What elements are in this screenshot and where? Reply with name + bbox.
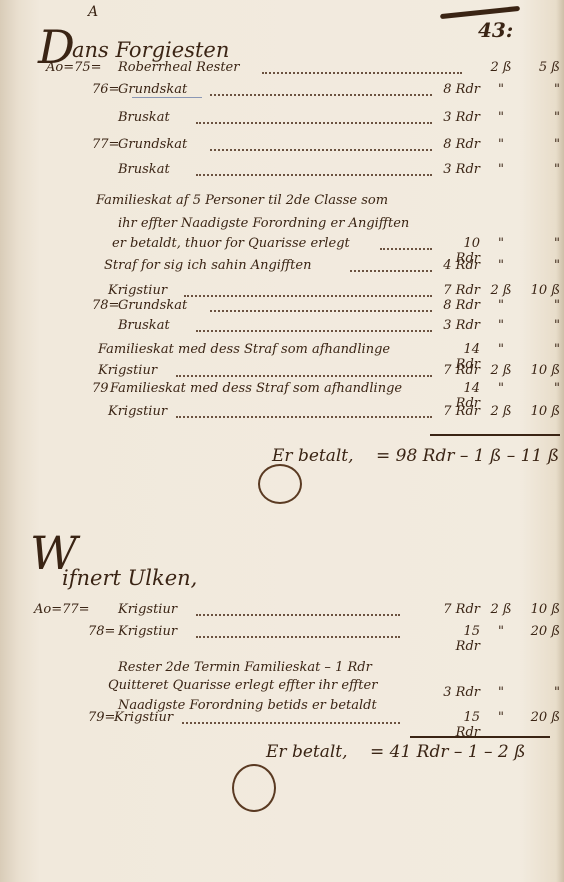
row-rigsdaler: 4 Rdr [440,258,480,273]
ledger-row: Bruskat 3 Rdr " " [0,110,564,130]
row-marks: 2 ß [484,283,518,298]
ledger-row: Krigstiur 7 Rdr 2 ß 10 ß [0,363,564,383]
row-marks: " [484,82,518,97]
row-rigsdaler: 7 Rdr [440,283,480,298]
row-marks: " [484,624,518,639]
leader-dots [196,174,432,176]
section1-total-label: Er betalt, [272,446,354,466]
leader-dots [196,122,432,124]
row-marks: " [484,236,518,251]
row-skilling: " [522,298,560,313]
row-skilling: 5 ß [522,60,560,75]
page-number: 43: [478,18,513,42]
row-rigsdaler: 7 Rdr [440,404,480,419]
row-skilling: " [522,685,560,700]
section2-total-value: = 41 Rdr – 1 – 2 ß [370,742,526,762]
row-marks: " [484,685,518,700]
section1-heading: ans Forgiesten [72,38,229,62]
row-year: 76= [92,82,119,97]
ledger-row: 76= Grundskat 8 Rdr " " [0,82,564,102]
section2-total-label: Er betalt, [266,742,348,762]
leader-dots [196,614,400,616]
leader-dots [182,722,400,724]
row-skilling: " [522,342,560,357]
ledger-row: Krigstiur 7 Rdr 2 ß 10 ß [0,404,564,424]
total-rule [410,736,550,738]
ledger-row: 77= Grundskat 8 Rdr " " [0,137,564,157]
ledger-row: 79= Krigstiur 15 Rdr " 20 ß [0,710,564,730]
ledger-row: 78= Krigstiur 15 Rdr " 20 ß [0,624,564,644]
row-skilling: " [522,162,560,177]
row-label: Familieskat med dess Straf som afhandlin… [110,381,402,396]
row-skilling: 10 ß [522,283,560,298]
row-marks: " [484,318,518,333]
row-marks: 2 ß [484,363,518,378]
row-marks: 2 ß [484,602,518,617]
row-skilling: " [522,258,560,273]
leader-dots [210,94,432,96]
row-skilling: 10 ß [522,602,560,617]
row-rigsdaler: 15 Rdr [440,624,480,654]
row-marks: " [484,137,518,152]
ledger-row: Familieskat med dess Straf som afhandlin… [0,342,564,362]
row-rigsdaler: 3 Rdr [440,110,480,125]
row-marks: " [484,381,518,396]
ledger-row: er betaldt, thuor for Quarisse erlegt 10… [0,236,564,256]
ledger-row: Naadigste Forordning betids er betaldt 3… [0,685,564,705]
row-year: 79 [92,381,109,396]
header-mark: A [88,4,98,20]
ledger-row: Bruskat 3 Rdr " " [0,318,564,338]
row-label: Grundskat [118,82,187,97]
leader-dots [176,375,432,377]
leader-dots [196,636,400,638]
row-marks: " [484,298,518,313]
flourish-loop [232,764,276,812]
row-label: Familieskat med dess Straf som afhandlin… [98,342,390,357]
entry-text: Rester 2de Termin Familieskat – 1 Rdr [118,660,372,675]
row-year: Ao=75= [46,60,102,75]
leader-dots [176,416,432,418]
ledger-row: Bruskat 3 Rdr " " [0,162,564,182]
entry-text: ihr effter Naadigste Forordning er Angif… [118,216,409,231]
row-label: Bruskat [118,162,170,177]
row-label: Straf for sig ich sahin Angifften [104,258,311,273]
row-year: 78= [92,298,119,313]
row-marks: " [484,162,518,177]
entry-text: Familieskat af 5 Personer til 2de Classe… [96,193,388,208]
leader-dots [380,248,432,250]
ledger-row: Ao=75= Roberrheal Rester 2 ß 5 ß [0,60,564,80]
row-label: Grundskat [118,137,187,152]
row-rigsdaler: 8 Rdr [440,137,480,152]
row-year: 77= [92,137,119,152]
row-skilling: " [522,236,560,251]
row-skilling: " [522,110,560,125]
row-skilling: 10 ß [522,363,560,378]
row-year: 78= [88,624,115,639]
row-rigsdaler: 8 Rdr [440,82,480,97]
leader-dots [210,310,432,312]
row-label: Krigstiur [98,363,157,378]
row-skilling: " [522,318,560,333]
row-label: Bruskat [118,318,170,333]
row-rigsdaler: 3 Rdr [440,162,480,177]
row-rigsdaler: 3 Rdr [440,685,480,700]
row-marks: 2 ß [484,404,518,419]
row-skilling: " [522,137,560,152]
row-label: Bruskat [118,110,170,125]
ledger-row: Ao=77= Krigstiur 7 Rdr 2 ß 10 ß [0,602,564,622]
total-rule [430,434,560,436]
section2-heading: ifnert Ulken, [62,566,197,590]
row-skilling: 10 ß [522,404,560,419]
row-label: Krigstiur [114,710,173,725]
row-label: Grundskat [118,298,187,313]
row-rigsdaler: 7 Rdr [440,602,480,617]
row-year: 79= [88,710,115,725]
ledger-page: 43: A D ans Forgiesten Ao=75= Roberrheal… [0,0,564,882]
leader-dots [196,330,432,332]
row-rigsdaler: 3 Rdr [440,318,480,333]
ledger-row: 78= Grundskat 8 Rdr " " [0,298,564,318]
row-skilling: 20 ß [522,710,560,725]
row-label: er betaldt, thuor for Quarisse erlegt [112,236,350,251]
flourish-loop [258,464,302,504]
row-marks: " [484,110,518,125]
leader-dots [184,295,432,297]
row-marks: " [484,342,518,357]
row-marks: " [484,258,518,273]
section1-total-value: = 98 Rdr – 1 ß – 11 ß [376,446,559,466]
row-label: Roberrheal Rester [118,60,239,75]
ledger-row: 79 Familieskat med dess Straf som afhand… [0,381,564,401]
row-marks: 2 ß [484,60,518,75]
row-rigsdaler: 8 Rdr [440,298,480,313]
row-label: Krigstiur [118,602,177,617]
row-skilling: " [522,82,560,97]
leader-dots [210,149,432,151]
leader-dots [350,270,432,272]
row-skilling: " [522,381,560,396]
leader-dots [262,72,462,74]
row-label: Krigstiur [118,624,177,639]
row-year: Ao=77= [34,602,90,617]
row-label: Krigstiur [108,283,167,298]
row-label: Krigstiur [108,404,167,419]
row-marks: " [484,710,518,725]
ledger-row: Straf for sig ich sahin Angifften 4 Rdr … [0,258,564,278]
row-rigsdaler: 7 Rdr [440,363,480,378]
row-skilling: 20 ß [522,624,560,639]
